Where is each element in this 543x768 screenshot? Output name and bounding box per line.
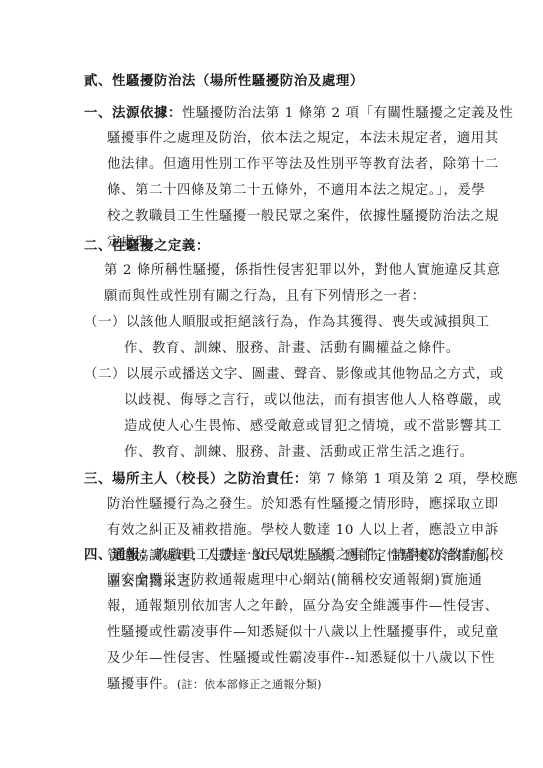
section-title: 貳、性騷擾防治法（場所性騷擾防治及處理） [84,72,364,90]
subitem-1-line-1: （一）以該他人順服或拒絕該行為，作為其獲得、喪失或減損與工 [84,314,490,332]
item-2-intro-line-2: 願而與性或性別有關之行為，且有下列情形之一者： [104,288,426,306]
item-1-line-1: 一、法源依據：性騷擾防治法第 1 條第 2 項「有關性騷擾之定義及性 [84,104,513,123]
item-3-line-2: 防治性騷擾行為之發生。於知悉有性騷擾之情形時，應採取立即 [107,496,499,514]
item-3-line-3: 有效之糾正及補救措施。學校人數達 10 人以上者，應設立申訴 [107,522,499,540]
subitem-2-label: （二） [84,367,126,382]
item-4-note: (註：依本部修正之通報分類) [177,678,322,691]
item-1-text: 性騷擾防治法第 1 條第 2 項「有關性騷擾之定義及性 [182,106,513,121]
item-4-heading: 四、通報： [84,547,154,563]
item-4-line-2: 園安全暨災害防救通報處理中心網站(簡稱校安通報網)實施通 [107,572,482,590]
item-1-line-3: 他法律。但適用性別工作平等法及性別平等教育法者，除第十二 [107,156,499,174]
item-4-line-3: 報，通報類別依加害人之年齡，區分為安全維護事件—性侵害、 [107,598,499,616]
item-2-heading: 二、性騷擾之定義： [84,237,210,255]
item-2-intro-line-1: 第 2 條所稱性騷擾，係指性侵害犯罪以外，對他人實施違反其意 [104,262,501,280]
item-3-heading: 三、場所主人（校長）之防治責任： [84,471,308,487]
item-1-heading: 一、法源依據： [84,105,182,121]
item-4-line-6: 騷擾事件。(註：依本部修正之通報分類) [107,676,322,694]
item-4-line-4: 性騷擾或性霸凌事件—知悉疑似十八歲以上性騷擾事件，或兒童 [107,624,499,642]
document-page: 貳、性騷擾防治法（場所性騷擾防治及處理） 一、法源依據：性騷擾防治法第 1 條第… [0,0,543,768]
subitem-2-line-3: 造成使人心生畏怖、感受敵意或冒犯之情境，或不當影響其工 [124,418,502,436]
subitem-2-line-4: 作、教育、訓練、服務、計畫、活動或正常生活之進行。 [124,444,474,462]
subitem-2-line-1: （二）以展示或播送文字、圖畫、聲音、影像或其他物品之方式，或 [84,366,504,384]
item-4-line-5: 及少年—性侵害、性騷擾或性霸凌事件--知悉疑似十八歲以下性 [107,650,495,668]
subitem-1-label: （一） [84,315,126,330]
item-3-line-1: 三、場所主人（校長）之防治責任：第 7 條第 1 項及第 2 項，學校應 [84,470,518,489]
item-1-line-5: 校之教職員工生性騷擾一般民眾之案件，依據性騷擾防治法之規 [107,208,499,226]
item-4-line-1: 四、通報：教職員工生對一般民眾性騷擾之事件，請學校於教育部校 [84,546,504,565]
subitem-1-line-2: 作、教育、訓練、服務、計畫、活動有關權益之條件。 [124,340,460,358]
item-1-line-2: 騷擾事件之處理及防治，依本法之規定，本法未規定者，適用其 [107,130,499,148]
subitem-2-line-2: 以歧視、侮辱之言行，或以他法，而有損害他人人格尊嚴，或 [124,392,502,410]
item-1-line-4: 條、第二十四條及第二十五條外，不適用本法之規定。」，爰學 [107,182,485,200]
